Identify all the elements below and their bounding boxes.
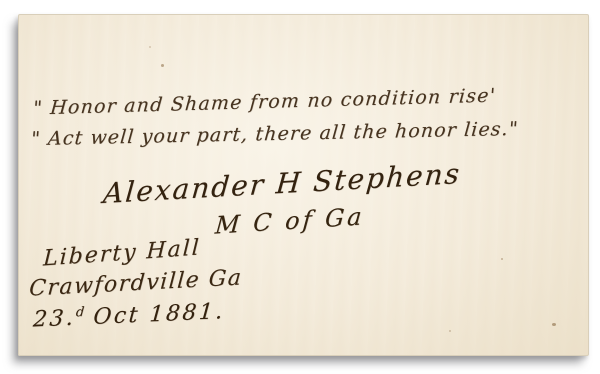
date-rest: Oct 1881.: [83, 299, 226, 330]
signature-credential: M C of Ga: [214, 202, 366, 239]
foxing-speck: [149, 46, 151, 48]
photo-background: " Honor and Shame from no condition rise…: [0, 0, 600, 374]
signature-alexander-h-stephens: Alexander H Stephens: [102, 157, 463, 210]
quote-line-1: " Honor and Shame from no condition rise…: [32, 85, 497, 120]
autograph-card: " Honor and Shame from no condition rise…: [18, 14, 589, 356]
address-line-crawfordville: Crawfordville Ga: [28, 265, 243, 301]
foxing-speck: [449, 330, 451, 332]
address-line-liberty-hall: Liberty Hall: [43, 235, 202, 271]
foxing-speck: [161, 64, 164, 67]
foxing-speck: [501, 258, 503, 260]
date-line: 23.d Oct 1881.: [32, 299, 226, 333]
quote-line-2: " Act well your part, there all the hono…: [30, 118, 519, 150]
foxing-speck: [552, 323, 556, 326]
date-day: 23.: [32, 306, 76, 333]
